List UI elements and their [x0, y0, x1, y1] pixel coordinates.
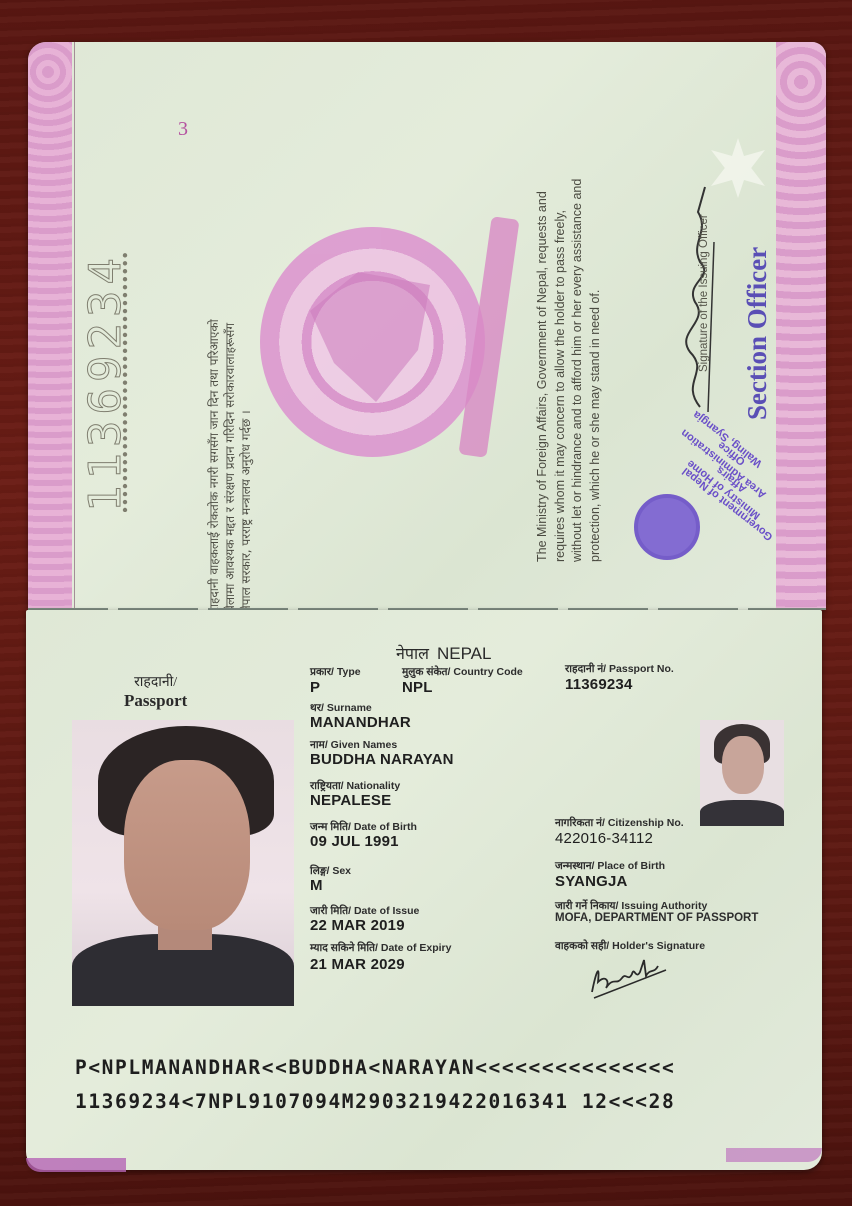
nepali-line: राहदानी वाहकलाई रोकतोक नगरी सगसँग जान दि… — [206, 319, 222, 612]
dob-value: 09 JUL 1991 — [310, 833, 399, 850]
place-of-birth-label: जन्मस्थान/ Place of Birth — [555, 859, 665, 873]
citizenship-no-label: नागरिकता नं/ Citizenship No. — [555, 816, 684, 830]
page-number: 3 — [178, 118, 188, 141]
sex-value: M — [310, 877, 323, 894]
nepali-line: बेलामा आवश्यक मद्दत र संरक्षण प्रदान गरि… — [222, 319, 238, 612]
section-officer-stamp: Section Officer — [742, 247, 773, 420]
surname-label: थर/ Surname — [310, 701, 372, 715]
security-corner-left — [26, 1158, 126, 1172]
country-code-label: मुलुक संकेत/ Country Code — [402, 665, 523, 679]
english-line: The Ministry of Foreign Affairs, Governm… — [534, 179, 552, 562]
issuing-officer-signature — [670, 182, 720, 412]
english-request-text: The Ministry of Foreign Affairs, Governm… — [534, 179, 604, 562]
mrz-line-1: P<NPLMANANDHAR<<BUDDHA<NARAYAN<<<<<<<<<<… — [75, 1056, 675, 1079]
sex-label: लिङ्ग/ Sex — [310, 864, 351, 878]
nationality-label: राष्ट्रियता/ Nationality — [310, 779, 400, 793]
mrz-line-2: 11369234<7NPL9107094M2903219422016341 12… — [75, 1090, 675, 1113]
nepali-line: नेपाल सरकार, परराष्ट्र मन्त्रालय अनुरोध … — [238, 319, 254, 612]
national-emblem-icon — [260, 227, 485, 457]
holder-signature — [586, 952, 676, 1002]
given-names-label: नाम/ Given Names — [310, 738, 397, 752]
document-type-label: राहदानी/ Passport — [124, 672, 187, 711]
signature-caption: Signature of the Issuing Officer — [698, 214, 710, 372]
security-corner-right — [726, 1148, 822, 1162]
holder-photo — [72, 720, 294, 1006]
nepali-request-text: राहदानी वाहकलाई रोकतोक नगरी सगसँग जान दि… — [206, 319, 254, 612]
holder-signature-label: वाहकको सही/ Holder's Signature — [555, 939, 705, 953]
place-of-birth-value: SYANGJA — [555, 873, 628, 890]
passport-observation-page: 11369234 3 राहदानी वाहकलाई रोकतोक नगरी स… — [28, 42, 826, 610]
passport-no-value: 11369234 — [565, 676, 633, 693]
perforated-passport-number: 11369234 — [80, 252, 131, 512]
dob-label: जन्म मिति/ Date of Birth — [310, 820, 417, 834]
doi-value: 22 MAR 2019 — [310, 917, 405, 934]
nationality-value: NEPALESE — [310, 792, 391, 809]
document-label-en: Passport — [124, 691, 187, 711]
country-code-value: NPL — [402, 679, 433, 696]
english-line: requires whom it may concern to allow th… — [552, 179, 570, 562]
type-label: प्रकार/ Type — [310, 665, 361, 679]
citizenship-no-value: 422016-34112 — [555, 830, 653, 847]
office-stamp-text: Waling, Syangja Area Administration Offi… — [668, 432, 788, 632]
type-value: P — [310, 679, 320, 696]
passport-no-label: राहदानी नं/ Passport No. — [565, 662, 674, 676]
issuing-authority-value: MOFA, DEPARTMENT OF PASSPORT — [555, 912, 758, 924]
doe-value: 21 MAR 2029 — [310, 956, 405, 973]
english-line: protection, which he or she may stand in… — [587, 179, 605, 562]
given-names-value: BUDDHA NARAYAN — [310, 751, 454, 768]
country-title-en: NEPAL — [437, 644, 492, 663]
english-line: without let or hindrance and to afford h… — [569, 179, 587, 562]
issuing-authority-label: जारी गर्ने निकाय/ Issuing Authority — [555, 899, 707, 913]
document-label-np: राहदानी/ — [124, 672, 187, 691]
holder-ghost-photo — [700, 720, 784, 826]
doi-label: जारी मिति/ Date of Issue — [310, 904, 419, 918]
country-title: नेपालNEPAL — [396, 642, 491, 664]
surname-value: MANANDHAR — [310, 714, 411, 731]
country-title-np: नेपाल — [396, 646, 429, 663]
security-band-left — [28, 42, 72, 610]
doe-label: म्याद सकिने मिति/ Date of Expiry — [310, 941, 451, 955]
